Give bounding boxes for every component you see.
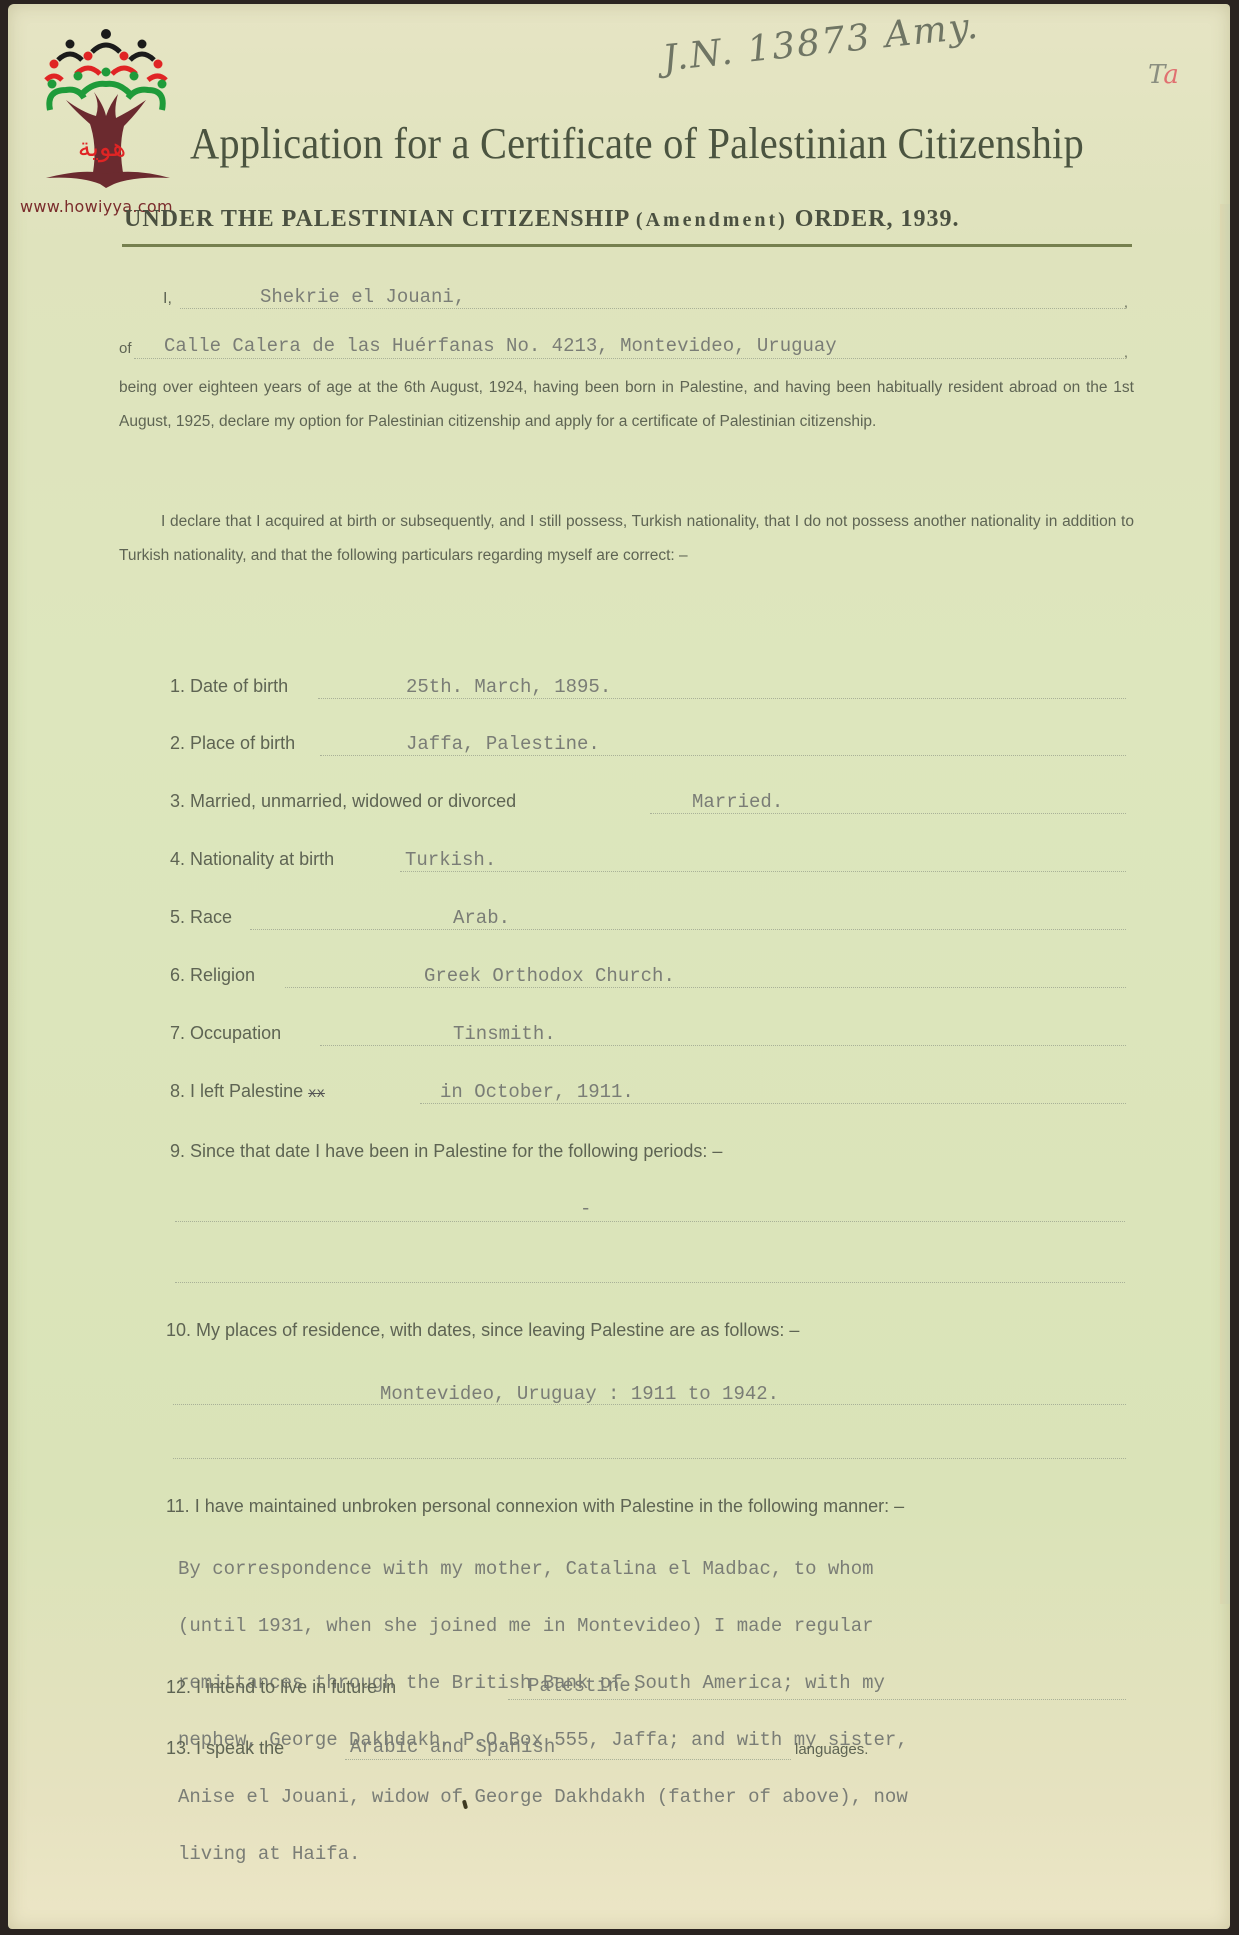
item-6-line <box>285 987 1126 988</box>
future-residence-field[interactable]: Palestine. <box>528 1675 642 1697</box>
struck-out-text: xx <box>308 1086 325 1102</box>
of-label: of <box>119 340 132 357</box>
religion-field[interactable]: Greek Orthodox Church. <box>424 965 675 987</box>
left-palestine-date-field[interactable]: in October, 1911. <box>440 1081 634 1103</box>
address-field[interactable]: Calle Calera de las Huérfanas No. 4213, … <box>164 335 837 357</box>
item-2-line <box>320 755 1126 756</box>
item-6-label: 6. Religion <box>170 965 255 986</box>
item-12-line <box>508 1699 1126 1700</box>
item-12-label: 12. I intend to live in future in <box>166 1677 396 1698</box>
declaration-body: being over eighteen years of age at the … <box>119 371 1134 439</box>
svg-text:هوية: هوية <box>78 133 126 163</box>
marital-status-field[interactable]: Married. <box>692 791 783 813</box>
subtitle-amendment: (Amendment) <box>636 209 788 231</box>
item-7-line <box>320 1045 1126 1046</box>
page-subtitle: UNDER THE PALESTINIAN CITIZENSHIP (Amend… <box>124 206 959 233</box>
item-5-label: 5. Race <box>170 907 232 928</box>
item-1-line <box>318 698 1126 699</box>
places-of-residence-field[interactable]: Montevideo, Uruguay : 1911 to 1942. <box>380 1383 779 1405</box>
item-9-line-2 <box>175 1282 1125 1283</box>
handwritten-corner-mark: Ta <box>1148 60 1179 90</box>
item-5-line <box>250 929 1126 930</box>
corner-mark-prefix: T <box>1148 60 1163 90</box>
nationality-statement: I declare that I acquired at birth or su… <box>119 505 1134 573</box>
item-10-line-2 <box>173 1458 1126 1459</box>
connexion-line: Anise el Jouani, widow of George Dakhdak… <box>178 1788 908 1807</box>
subtitle-part1: UNDER THE PALESTINIAN CITIZENSHIP <box>124 206 629 232</box>
item-4-line <box>400 871 1126 872</box>
item-7-label: 7. Occupation <box>170 1023 281 1044</box>
page-title: Application for a Certificate of Palesti… <box>190 118 1084 169</box>
languages-suffix: languages. <box>795 1741 868 1758</box>
nationality-paragraph: I declare that I acquired at birth or su… <box>119 505 1134 573</box>
connexion-with-palestine-field[interactable]: By correspondence with my mother, Catali… <box>178 1522 908 1883</box>
date-of-birth-field[interactable]: 25th. March, 1895. <box>406 676 611 698</box>
item-13-label: 13. I speak the <box>166 1738 284 1759</box>
howiyya-tree-logo-icon: هوية <box>44 28 174 188</box>
item-1-label: 1. Date of birth <box>170 676 288 697</box>
connexion-line: By correspondence with my mother, Catali… <box>178 1560 908 1579</box>
corner-mark-suffix: a <box>1163 60 1179 90</box>
occupation-field[interactable]: Tinsmith. <box>453 1023 556 1045</box>
race-field[interactable]: Arab. <box>453 907 510 929</box>
item-4-label: 4. Nationality at birth <box>170 849 334 870</box>
applicant-name-field[interactable]: Shekrie el Jouani, <box>260 286 465 308</box>
connexion-line: (until 1931, when she joined me in Monte… <box>178 1617 908 1636</box>
item-9-line-1 <box>175 1221 1125 1222</box>
i-label: I, <box>163 290 172 308</box>
connexion-line: living at Haifa. <box>178 1845 908 1864</box>
subtitle-part2: ORDER, 1939. <box>795 206 960 232</box>
name-line <box>180 308 1125 309</box>
item-2-label: 2. Place of birth <box>170 733 295 754</box>
item-3-line <box>650 813 1126 814</box>
address-trailing-comma: , <box>1124 344 1128 360</box>
item-11-label: 11. I have maintained unbroken personal … <box>166 1496 904 1517</box>
header-divider <box>122 244 1132 247</box>
item-8-line <box>420 1103 1126 1104</box>
languages-field[interactable]: Arabic and Spanish <box>350 1736 555 1758</box>
item-9-label: 9. Since that date I have been in Palest… <box>170 1141 722 1162</box>
nationality-at-birth-field[interactable]: Turkish. <box>405 849 496 871</box>
item-13-line <box>345 1759 791 1760</box>
periods-in-palestine-field[interactable]: - <box>580 1198 591 1220</box>
declaration-paragraph: being over eighteen years of age at the … <box>119 371 1134 439</box>
name-trailing-comma: , <box>1124 294 1128 310</box>
place-of-birth-field[interactable]: Jaffa, Palestine. <box>406 733 600 755</box>
item-3-label: 3. Married, unmarried, widowed or divorc… <box>170 791 516 812</box>
item-10-label: 10. My places of residence, with dates, … <box>166 1320 799 1341</box>
address-line <box>134 358 1124 359</box>
item-8-label: 8. I left Palestine xx <box>170 1081 325 1102</box>
